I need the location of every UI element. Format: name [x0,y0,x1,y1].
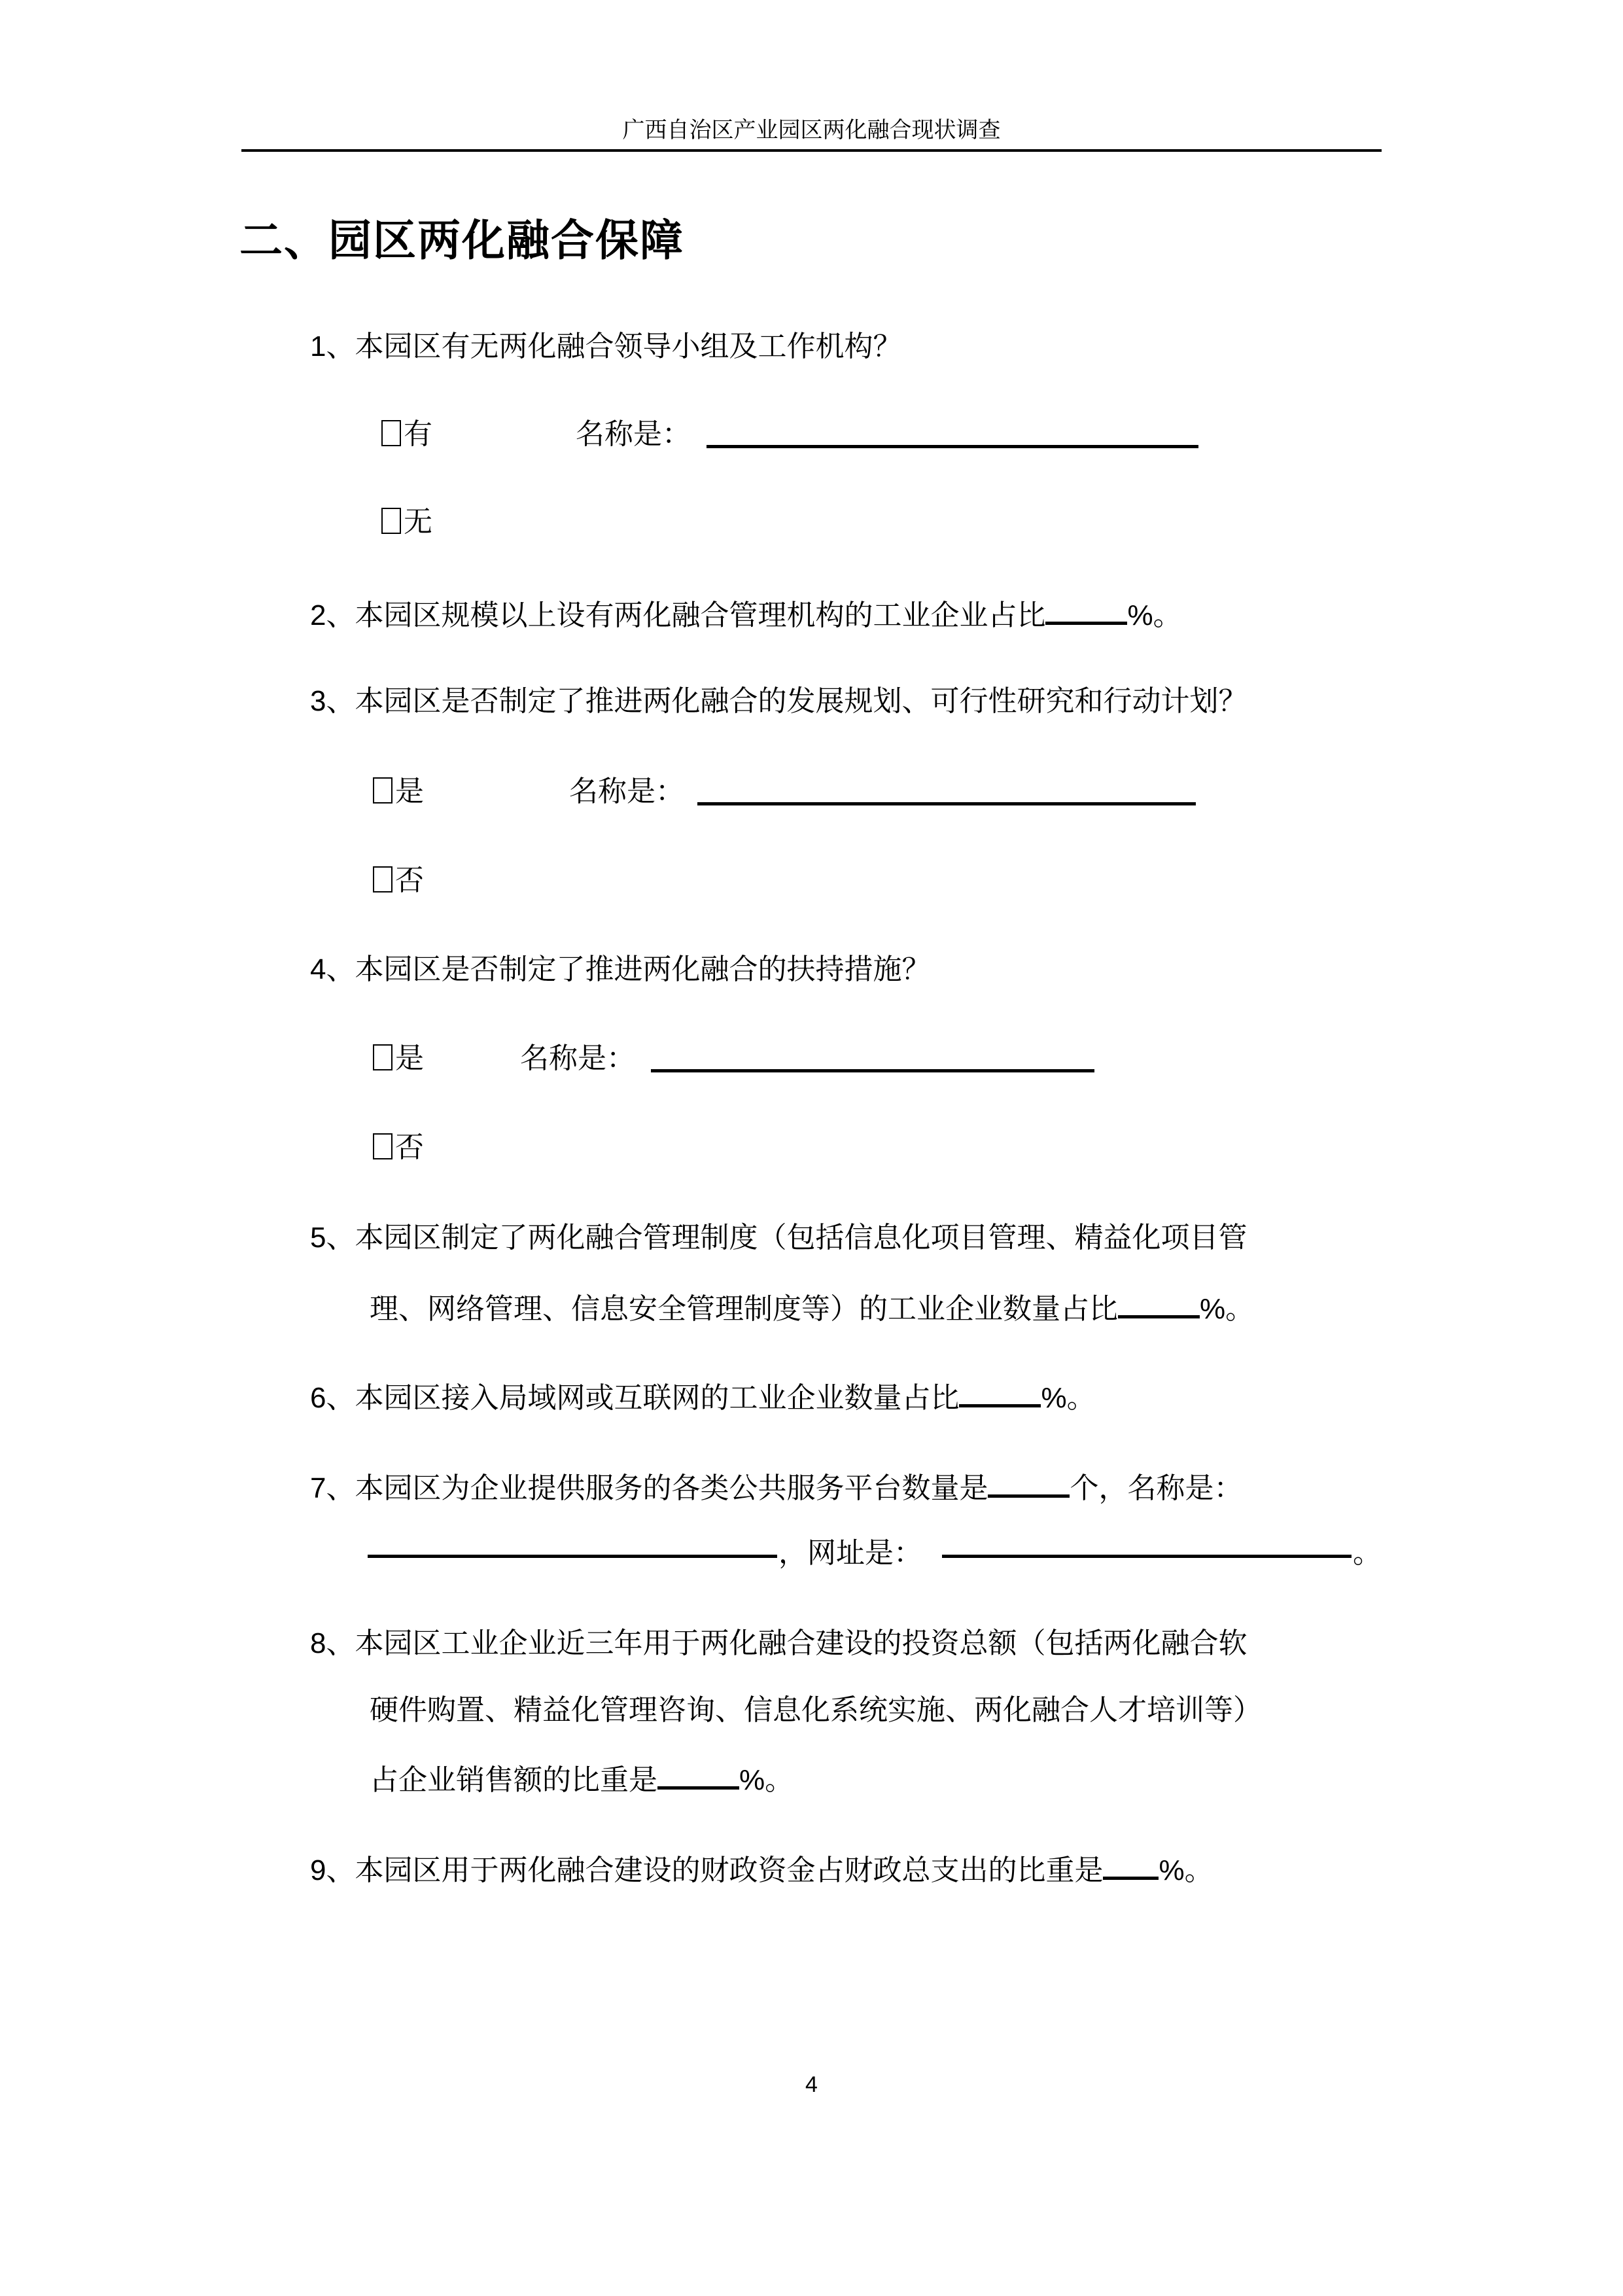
percent-blank[interactable] [657,1757,739,1790]
question-3: 3、本园区是否制定了推进两化融合的发展规划、可行性研究和行动计划？ [310,682,1247,721]
question-6: 6、本园区接入局域网或互联网的工业企业数量占比%。 [310,1375,1096,1418]
question-text: 个，名称是： [1070,1472,1242,1505]
option-yes[interactable]: 有 [381,415,432,454]
question-7: 7、本园区为企业提供服务的各类公共服务平台数量是个，名称是： [310,1466,1242,1508]
question-text: 本园区工业企业近三年用于两化融合建设的投资总额（包括两化融合软 [355,1627,1247,1660]
option-no[interactable]: 无 [381,503,432,542]
option-yes[interactable]: 是 [373,772,424,811]
url-label: ，网址是： [778,1534,922,1573]
question-suffix: %。 [1159,1854,1213,1886]
question-number: 3、 [310,685,355,717]
name-input-line[interactable] [697,802,1196,805]
option-label: 有 [404,417,432,451]
percent-blank[interactable] [1045,593,1127,625]
name-label: 名称是： [576,415,691,454]
option-label: 是 [395,775,424,808]
option-label: 是 [395,1042,424,1075]
question-9: 9、本园区用于两化融合建设的财政资金占财政总支出的比重是%。 [310,1848,1213,1890]
checkbox-icon[interactable] [373,777,393,804]
checkbox-icon[interactable] [373,1133,393,1159]
question-2: 2、本园区规模以上设有两化融合管理机构的工业企业占比%。 [310,593,1182,635]
checkbox-icon[interactable] [373,1044,393,1070]
section-title: 二、园区两化融合保障 [239,213,684,268]
question-text: 本园区有无两化融合领导小组及工作机构？ [355,330,901,363]
platform-name-input-line[interactable] [368,1555,777,1558]
question-text: 本园区规模以上设有两化融合管理机构的工业企业占比 [355,599,1045,632]
question-suffix: %。 [1127,599,1181,631]
question-suffix: %。 [1200,1293,1254,1325]
question-number: 9、 [310,1854,355,1886]
question-text: 本园区用于两化融合建设的财政资金占财政总支出的比重是 [355,1854,1103,1887]
question-text: 本园区是否制定了推进两化融合的发展规划、可行性研究和行动计划？ [355,684,1247,718]
name-input-line[interactable] [651,1069,1094,1072]
option-no[interactable]: 否 [373,861,424,900]
question-text: 本园区接入局域网或互联网的工业企业数量占比 [355,1381,959,1415]
sentence-end: 。 [1353,1534,1382,1573]
option-label: 无 [404,505,432,539]
option-label: 否 [395,864,424,897]
question-text: 占企业销售额的比重是 [370,1763,657,1797]
question-8-continuation-2: 占企业销售额的比重是%。 [370,1757,794,1800]
question-5-continuation: 理、网络管理、信息安全管理制度等）的工业企业数量占比%。 [370,1286,1254,1329]
header-divider [241,149,1382,152]
checkbox-icon[interactable] [381,508,401,534]
question-number: 8、 [310,1627,355,1659]
name-input-line[interactable] [707,445,1198,448]
question-text: 本园区是否制定了推进两化融合的扶持措施？ [355,953,930,986]
question-text: 本园区为企业提供服务的各类公共服务平台数量是 [355,1472,988,1505]
checkbox-icon[interactable] [373,866,393,892]
question-number: 5、 [310,1222,355,1254]
question-1: 1、本园区有无两化融合领导小组及工作机构？ [310,327,901,366]
url-input-line[interactable] [942,1555,1352,1558]
option-label: 否 [395,1131,424,1164]
checkbox-icon[interactable] [381,420,401,446]
question-number: 1、 [310,330,355,362]
name-label: 名称是： [520,1039,635,1078]
question-text: 理、网络管理、信息安全管理制度等）的工业企业数量占比 [370,1292,1118,1326]
question-number: 7、 [310,1472,355,1504]
question-suffix: %。 [739,1764,794,1796]
percent-blank[interactable] [1103,1848,1159,1880]
page-number: 4 [0,2070,1623,2099]
percent-blank[interactable] [959,1375,1041,1407]
question-number: 2、 [310,599,355,631]
question-4: 4、本园区是否制定了推进两化融合的扶持措施？ [310,950,930,989]
question-8: 8、本园区工业企业近三年用于两化融合建设的投资总额（包括两化融合软 [310,1624,1247,1663]
question-5: 5、本园区制定了两化融合管理制度（包括信息化项目管理、精益化项目管 [310,1218,1247,1258]
question-text: 本园区制定了两化融合管理制度（包括信息化项目管理、精益化项目管 [355,1221,1247,1254]
running-header: 广西自治区产业园区两化融合现状调查 [0,115,1623,145]
count-blank[interactable] [988,1466,1070,1498]
question-suffix: %。 [1041,1382,1095,1414]
percent-blank[interactable] [1118,1286,1200,1318]
question-number: 6、 [310,1382,355,1414]
option-yes[interactable]: 是 [373,1039,424,1078]
name-label: 名称是： [569,772,684,811]
question-8-continuation: 硬件购置、精益化管理咨询、信息化系统实施、两化融合人才培训等） [370,1691,1262,1730]
option-no[interactable]: 否 [373,1128,424,1167]
question-number: 4、 [310,953,355,985]
